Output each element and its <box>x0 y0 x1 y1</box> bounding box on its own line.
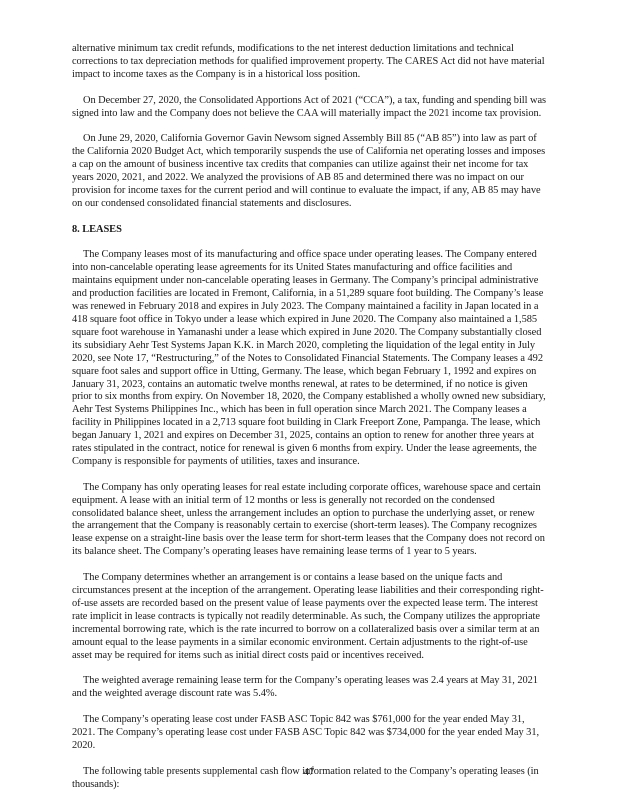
paragraph-operating-leases-policy: The Company has only operating leases fo… <box>72 482 548 559</box>
document-page: alternative minimum tax credit refunds, … <box>72 43 548 800</box>
paragraph-lease-determination: The Company determines whether an arrang… <box>72 572 548 662</box>
paragraph-ab85: On June 29, 2020, California Governor Ga… <box>72 133 548 210</box>
paragraph-lease-cost: The Company’s operating lease cost under… <box>72 714 548 753</box>
paragraph-weighted-average: The weighted average remaining lease ter… <box>72 675 548 701</box>
page-number: 47 <box>0 767 618 778</box>
paragraph-cares-act-continued: alternative minimum tax credit refunds, … <box>72 43 548 82</box>
section-heading-leases: 8. LEASES <box>72 224 548 237</box>
paragraph-caa: On December 27, 2020, the Consolidated A… <box>72 95 548 121</box>
paragraph-lease-facilities: The Company leases most of its manufactu… <box>72 249 548 468</box>
